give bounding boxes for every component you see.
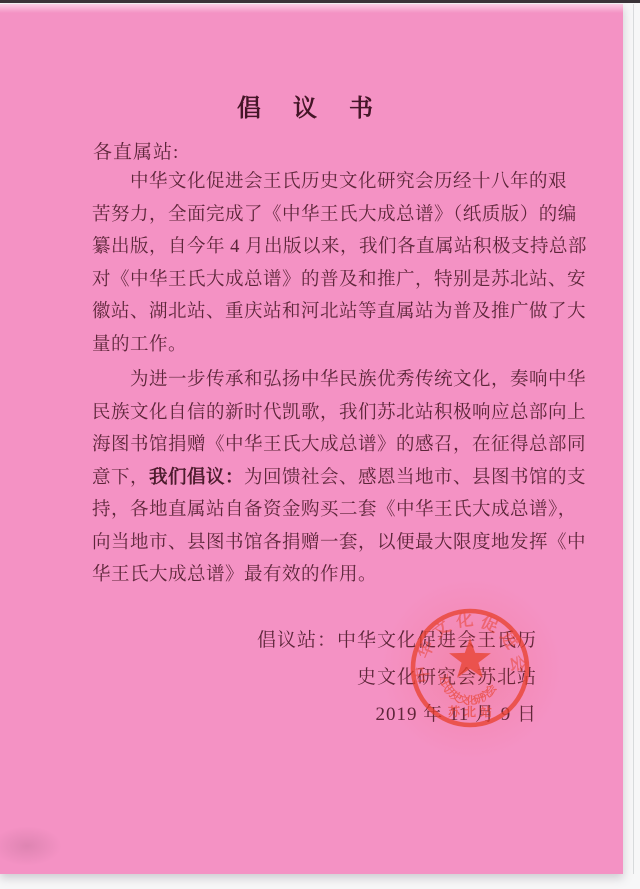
text-segment: 意下， xyxy=(92,468,149,488)
paragraph-line: 海图书馆捐赠《中华王氏大成总谱》的感召，在征得总部同 xyxy=(92,429,566,462)
star-icon xyxy=(449,638,491,678)
scan-smudge xyxy=(0,826,62,866)
paragraph-line: 纂出版，自今年 4 月出版以来，我们各直属站积极支持总部 xyxy=(92,231,566,264)
paragraph-line-with-emphasis: 意下，我们倡议：为回馈社会、感恩当地市、县图书馆的支 xyxy=(92,462,566,495)
scan-edge-line-right xyxy=(633,4,634,874)
scan-light-artifact xyxy=(0,4,623,14)
svg-text:王氏历史文化研究会: 王氏历史文化研究会 xyxy=(437,672,500,707)
paragraph-line: 对《中华王氏大成总谱》的普及和推广，特别是苏北站、安 xyxy=(92,264,566,297)
paragraph-line: 民族文化自信的新时代凯歌，我们苏北站积极响应总部向上 xyxy=(92,397,566,430)
paragraph-line: 量的工作。 xyxy=(92,329,566,362)
paragraph-line: 苦努力，全面完成了《中华王氏大成总谱》（纸质版）的编 xyxy=(92,199,566,232)
official-seal: 中华文化促进会 王氏历史文化研究会 苏北站 xyxy=(390,588,550,748)
paragraph-line: 向当地市、县图书馆各捐赠一套，以便最大限度地发挥《中 xyxy=(92,527,566,560)
paragraph-line: 为进一步传承和弘扬中华民族优秀传统文化，奏响中华 xyxy=(92,364,566,397)
emphasized-proposal-phrase: 我们倡议： xyxy=(149,468,244,488)
paragraph-line: 中华文化促进会王氏历史文化研究会历经十八年的艰 xyxy=(92,166,566,199)
seal-inner-arc-text: 王氏历史文化研究会 xyxy=(437,672,500,707)
paragraph-line: 徽站、湖北站、重庆站和河北站等直属站为普及推广做了大 xyxy=(92,296,566,329)
text-segment: 为回馈社会、感恩当地市、县图书馆的支 xyxy=(244,468,586,488)
document-title: 倡 议 书 xyxy=(0,88,623,123)
seal-branch-text: 苏北站 xyxy=(448,704,496,719)
paragraph-2: 为进一步传承和弘扬中华民族优秀传统文化，奏响中华 民族文化自信的新时代凯歌，我们… xyxy=(92,364,566,592)
paragraph-line: 持，各地直属站自备资金购买二套《中华王氏大成总谱》， xyxy=(92,494,566,527)
greeting-line: 各直属站: xyxy=(93,137,179,164)
document-body: 中华文化促进会王氏历史文化研究会历经十八年的艰 苦努力，全面完成了《中华王氏大成… xyxy=(92,166,566,592)
paragraph-1: 中华文化促进会王氏历史文化研究会历经十八年的艰 苦努力，全面完成了《中华王氏大成… xyxy=(92,166,566,361)
scanned-document: 倡 议 书 各直属站: 中华文化促进会王氏历史文化研究会历经十八年的艰 苦努力，… xyxy=(0,0,640,889)
scan-edge-line xyxy=(0,0,640,3)
pink-paper-page: 倡 议 书 各直属站: 中华文化促进会王氏历史文化研究会历经十八年的艰 苦努力，… xyxy=(0,4,623,874)
